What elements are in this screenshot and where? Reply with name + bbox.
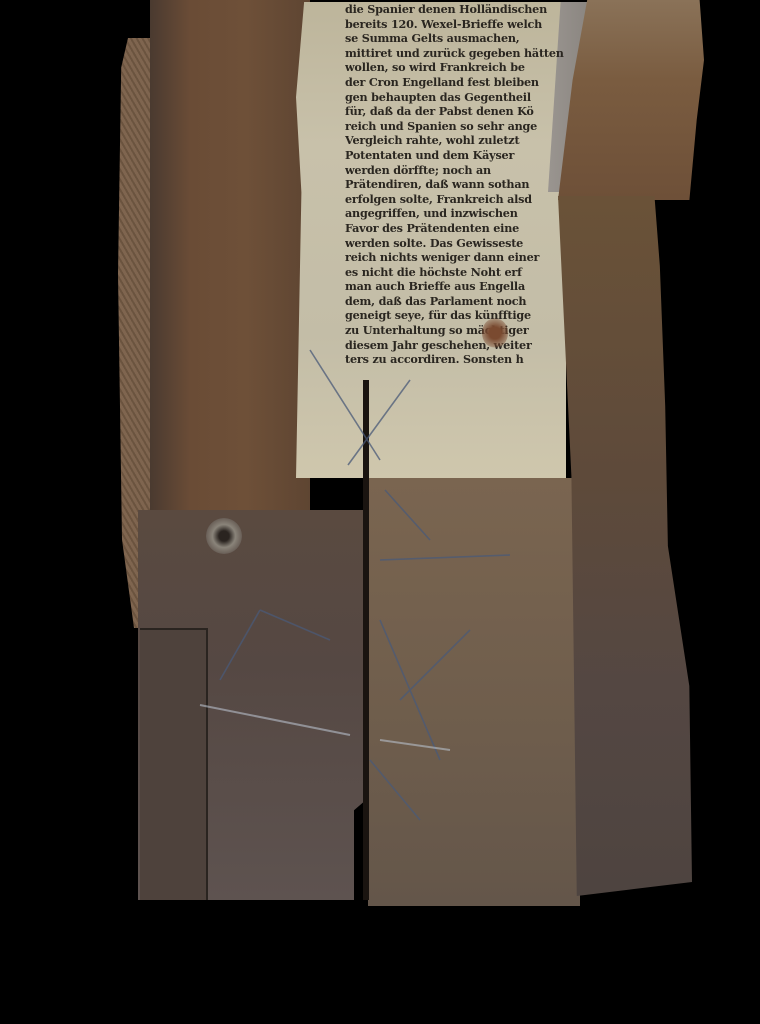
pencil-marks <box>0 0 760 1024</box>
